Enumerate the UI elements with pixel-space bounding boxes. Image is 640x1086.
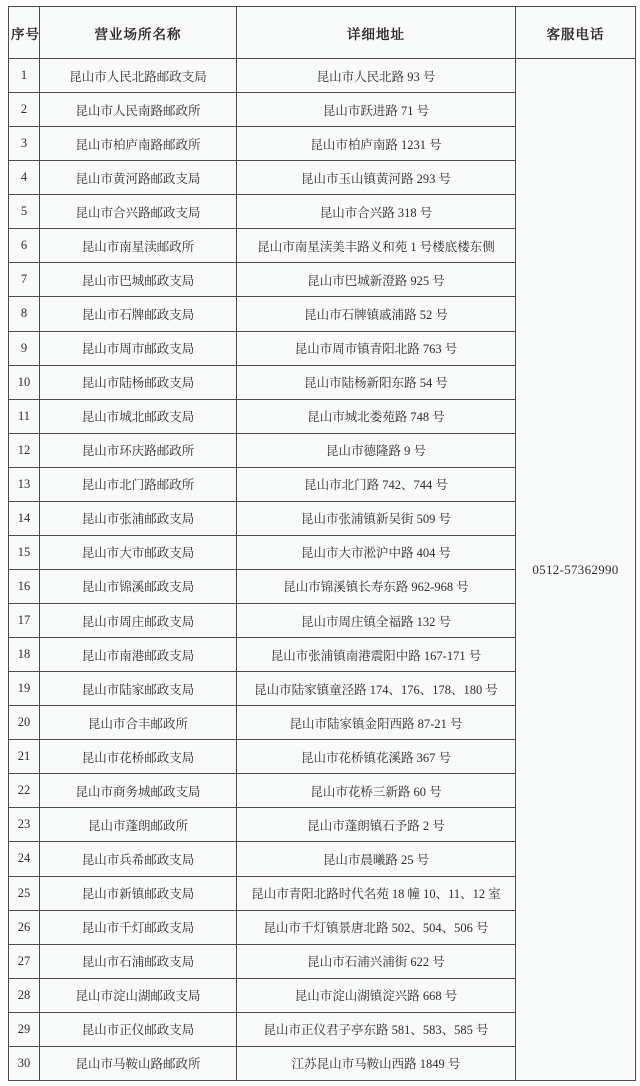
name-cell: 昆山市周庄邮政支局 xyxy=(40,604,237,638)
address-cell: 昆山市城北娄苑路 748 号 xyxy=(237,399,516,433)
name-cell: 昆山市人民南路邮政所 xyxy=(40,93,237,127)
seq-cell: 6 xyxy=(9,229,40,263)
address-cell: 江苏昆山市马鞍山西路 1849 号 xyxy=(237,1046,516,1080)
address-cell: 昆山市张浦镇南港震阳中路 167-171 号 xyxy=(237,638,516,672)
seq-cell: 3 xyxy=(9,127,40,161)
document-page: 序号 营业场所名称 详细地址 客服电话 1昆山市人民北路邮政支局昆山市人民北路 … xyxy=(0,0,640,1086)
seq-cell: 8 xyxy=(9,297,40,331)
seq-cell: 24 xyxy=(9,842,40,876)
address-cell: 昆山市周庄镇全福路 132 号 xyxy=(237,604,516,638)
seq-cell: 2 xyxy=(9,93,40,127)
address-cell: 昆山市大市淞沪中路 404 号 xyxy=(237,535,516,569)
seq-cell: 27 xyxy=(9,944,40,978)
phone-cell: 0512-57362990 xyxy=(516,59,636,1081)
name-cell: 昆山市淀山湖邮政支局 xyxy=(40,978,237,1012)
seq-cell: 25 xyxy=(9,876,40,910)
name-cell: 昆山市陆家邮政支局 xyxy=(40,672,237,706)
name-cell: 昆山市巴城邮政支局 xyxy=(40,263,237,297)
address-cell: 昆山市锦溪镇长寿东路 962-968 号 xyxy=(237,569,516,603)
address-cell: 昆山市陆家镇童泾路 174、176、178、180 号 xyxy=(237,672,516,706)
address-cell: 昆山市正仪君子亭东路 581、583、585 号 xyxy=(237,1012,516,1046)
seq-cell: 7 xyxy=(9,263,40,297)
name-cell: 昆山市柏庐南路邮政所 xyxy=(40,127,237,161)
address-cell: 昆山市合兴路 318 号 xyxy=(237,195,516,229)
header-seq: 序号 xyxy=(9,7,40,59)
name-cell: 昆山市蓬朗邮政所 xyxy=(40,808,237,842)
post-office-table: 序号 营业场所名称 详细地址 客服电话 1昆山市人民北路邮政支局昆山市人民北路 … xyxy=(8,6,636,1081)
seq-cell: 9 xyxy=(9,331,40,365)
name-cell: 昆山市环庆路邮政所 xyxy=(40,433,237,467)
name-cell: 昆山市黄河路邮政支局 xyxy=(40,161,237,195)
seq-cell: 28 xyxy=(9,978,40,1012)
seq-cell: 15 xyxy=(9,535,40,569)
name-cell: 昆山市花桥邮政支局 xyxy=(40,740,237,774)
seq-cell: 19 xyxy=(9,672,40,706)
address-cell: 昆山市蓬朗镇石予路 2 号 xyxy=(237,808,516,842)
name-cell: 昆山市南星渎邮政所 xyxy=(40,229,237,263)
name-cell: 昆山市新镇邮政支局 xyxy=(40,876,237,910)
header-row: 序号 营业场所名称 详细地址 客服电话 xyxy=(9,7,636,59)
seq-cell: 14 xyxy=(9,501,40,535)
seq-cell: 4 xyxy=(9,161,40,195)
seq-cell: 1 xyxy=(9,59,40,93)
name-cell: 昆山市张浦邮政支局 xyxy=(40,501,237,535)
address-cell: 昆山市张浦镇新吴街 509 号 xyxy=(237,501,516,535)
name-cell: 昆山市正仪邮政支局 xyxy=(40,1012,237,1046)
address-cell: 昆山市周市镇青阳北路 763 号 xyxy=(237,331,516,365)
seq-cell: 5 xyxy=(9,195,40,229)
name-cell: 昆山市商务城邮政支局 xyxy=(40,774,237,808)
name-cell: 昆山市合兴路邮政支局 xyxy=(40,195,237,229)
address-cell: 昆山市石牌镇戚浦路 52 号 xyxy=(237,297,516,331)
address-cell: 昆山市陆家镇金阳西路 87-21 号 xyxy=(237,706,516,740)
name-cell: 昆山市锦溪邮政支局 xyxy=(40,569,237,603)
header-name: 营业场所名称 xyxy=(40,7,237,59)
seq-cell: 20 xyxy=(9,706,40,740)
address-cell: 昆山市花桥三新路 60 号 xyxy=(237,774,516,808)
table-body: 1昆山市人民北路邮政支局昆山市人民北路 93 号0512-573629902昆山… xyxy=(9,59,636,1081)
address-cell: 昆山市巴城新澄路 925 号 xyxy=(237,263,516,297)
address-cell: 昆山市晨曦路 25 号 xyxy=(237,842,516,876)
name-cell: 昆山市人民北路邮政支局 xyxy=(40,59,237,93)
address-cell: 昆山市淀山湖镇淀兴路 668 号 xyxy=(237,978,516,1012)
address-cell: 昆山市玉山镇黄河路 293 号 xyxy=(237,161,516,195)
name-cell: 昆山市周市邮政支局 xyxy=(40,331,237,365)
seq-cell: 26 xyxy=(9,910,40,944)
name-cell: 昆山市南港邮政支局 xyxy=(40,638,237,672)
address-cell: 昆山市花桥镇花溪路 367 号 xyxy=(237,740,516,774)
seq-cell: 10 xyxy=(9,365,40,399)
seq-cell: 11 xyxy=(9,399,40,433)
name-cell: 昆山市石浦邮政支局 xyxy=(40,944,237,978)
seq-cell: 30 xyxy=(9,1046,40,1080)
address-cell: 昆山市德隆路 9 号 xyxy=(237,433,516,467)
name-cell: 昆山市大市邮政支局 xyxy=(40,535,237,569)
seq-cell: 12 xyxy=(9,433,40,467)
name-cell: 昆山市北门路邮政所 xyxy=(40,467,237,501)
seq-cell: 16 xyxy=(9,569,40,603)
address-cell: 昆山市南星渎美丰路义和苑 1 号楼底楼东侧 xyxy=(237,229,516,263)
address-cell: 昆山市陆杨新阳东路 54 号 xyxy=(237,365,516,399)
address-cell: 昆山市石浦兴浦街 622 号 xyxy=(237,944,516,978)
name-cell: 昆山市陆杨邮政支局 xyxy=(40,365,237,399)
address-cell: 昆山市青阳北路时代名苑 18 幢 10、11、12 室 xyxy=(237,876,516,910)
name-cell: 昆山市马鞍山路邮政所 xyxy=(40,1046,237,1080)
seq-cell: 17 xyxy=(9,604,40,638)
name-cell: 昆山市兵希邮政支局 xyxy=(40,842,237,876)
address-cell: 昆山市北门路 742、744 号 xyxy=(237,467,516,501)
seq-cell: 18 xyxy=(9,638,40,672)
name-cell: 昆山市城北邮政支局 xyxy=(40,399,237,433)
seq-cell: 13 xyxy=(9,467,40,501)
header-phone: 客服电话 xyxy=(516,7,636,59)
header-address: 详细地址 xyxy=(237,7,516,59)
name-cell: 昆山市合丰邮政所 xyxy=(40,706,237,740)
address-cell: 昆山市柏庐南路 1231 号 xyxy=(237,127,516,161)
seq-cell: 21 xyxy=(9,740,40,774)
address-cell: 昆山市人民北路 93 号 xyxy=(237,59,516,93)
seq-cell: 22 xyxy=(9,774,40,808)
seq-cell: 23 xyxy=(9,808,40,842)
name-cell: 昆山市石牌邮政支局 xyxy=(40,297,237,331)
address-cell: 昆山市跃进路 71 号 xyxy=(237,93,516,127)
address-cell: 昆山市千灯镇景唐北路 502、504、506 号 xyxy=(237,910,516,944)
seq-cell: 29 xyxy=(9,1012,40,1046)
name-cell: 昆山市千灯邮政支局 xyxy=(40,910,237,944)
table-row: 1昆山市人民北路邮政支局昆山市人民北路 93 号0512-57362990 xyxy=(9,59,636,93)
